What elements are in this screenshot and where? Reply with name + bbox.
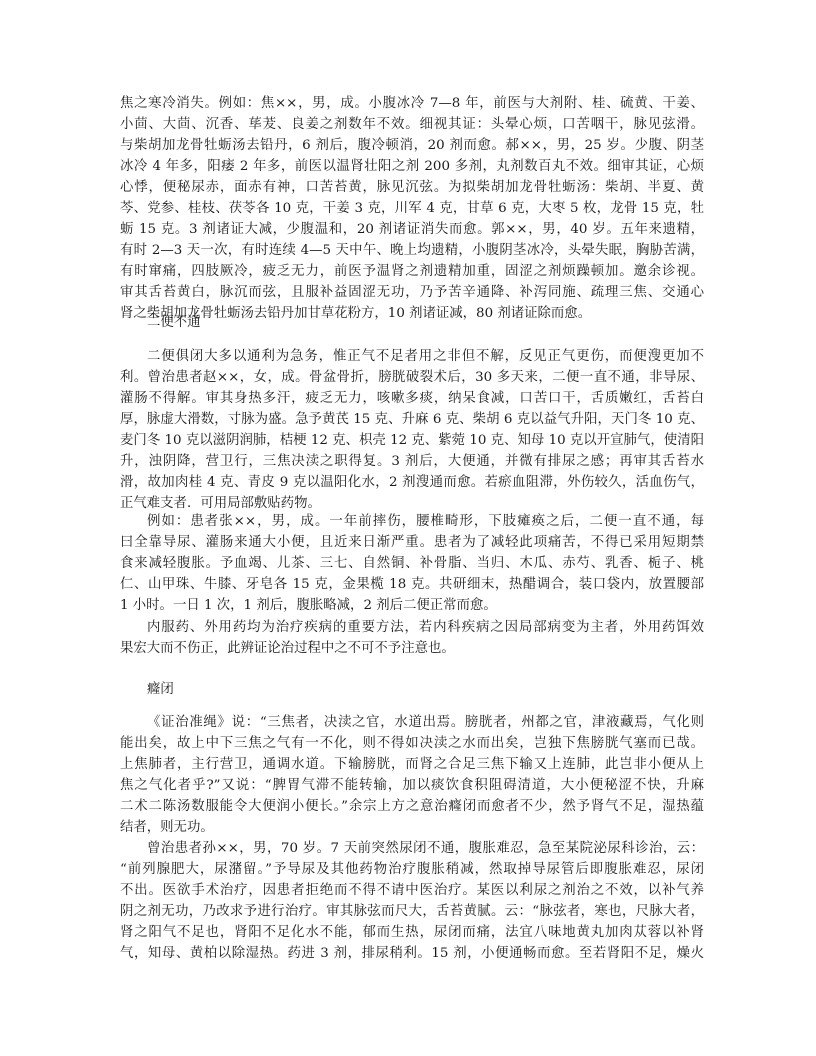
text-line: 肾之柴胡加龙骨牡蛎汤去铅丹加甘草花粉方，10 剂诸证减，80 剂诸证除而愈。: [120, 303, 704, 324]
text-line: 心悸，便秘尿赤，面赤有神，口苦苔黄，脉见沉弦。为拟柴胡加龙骨牡蛎汤：柴胡、半夏、…: [120, 177, 704, 198]
text-line: 能出矣，故上中下三焦之气有一不化，则不得如决渎之水而出矣，岂独下焦膀胱气塞而已哉…: [120, 733, 704, 754]
text-line: 灌肠不得解。审其身热多汗，疲乏无力，咳嗽多痰，纳呆食减，口苦口干，舌质嫩红，舌苔…: [120, 388, 704, 409]
text-line: 利。曾治患者赵××，女，成。骨盆骨折，膀胱破裂术后，30 多天来，二便一直不通，…: [120, 367, 704, 388]
text-line: 审其舌苔黄白，脉沉而弦，且服补益固涩无功，乃予苦辛通降、补泻同施、疏理三焦、交通…: [120, 282, 704, 303]
text-line: 阴之剂无功，乃改求予进行治疗。审其脉弦而尺大，舌苔黄腻。云：“脉弦者，寒也，尺脉…: [120, 901, 704, 922]
text-line: 厚，脉虚大滑数，寸脉为盛。急予黄芪 15 克、升麻 6 克、柴胡 6 克以益气升…: [120, 409, 704, 430]
text-line: 有时窜痛，四肢厥冷，疲乏无力，前医予温肾之剂遗精加重，固涩之剂烦躁顿加。邀余诊视…: [120, 261, 704, 282]
text-line: 冰冷 4 年多，阳痿 2 年多，前医以温肾壮阳之剂 200 多剂，丸剂数百丸不效…: [120, 156, 704, 177]
paragraph-case-zhang: 例如：患者张××，男，成。一年前摔伤，腰椎畸形，下肢瘫痪之后，二便一直不通，每 …: [120, 511, 704, 616]
text-line: 食来减轻腹胀。予血竭、儿茶、三七、自然铜、补骨脂、当归、木瓜、赤芍、乳香、栀子、…: [120, 553, 704, 574]
paragraph-zhengzhi-zhunsheng-quote: 《证治准绳》说：“三焦者，决渎之官，水道出焉。膀胱者，州都之官，津液藏焉，气化则…: [120, 712, 704, 838]
text-line: “前列腺肥大，尿潴留。”予导尿及其他药物治疗腹胀稍减，然取掉导尿管后即腹胀难忍，…: [120, 859, 704, 880]
paragraph-internal-external-medicine: 内服药、外用药均为治疗疾病的重要方法，若内科疾病之因局部病变为主者，外用药饵效 …: [120, 617, 704, 659]
text-line: 麦门冬 10 克以滋阴润肺，桔梗 12 克、枳壳 12 克、紫菀 10 克、知母…: [120, 430, 704, 451]
text-line: 焦之气化者乎?”又说：“脾胃气滞不能转输，加以痰饮食积阻碍清道，大小便秘涩不快，…: [120, 775, 704, 796]
text-line: 二便俱闭大多以通利为急务，惟正气不足者用之非但不解，反见正气更伤，而便溲更加不: [120, 346, 704, 367]
text-line: 升，浊阴降，营卫行，三焦决渎之职得复。3 剂后，大便通，并微有排尿之感；再审其舌…: [120, 451, 704, 472]
text-line: 1 小时。一日 1 次，1 剂后，腹胀略减，2 剂后二便正常而愈。: [120, 595, 704, 616]
text-line: 滑，故加肉桂 4 克、青皮 9 克以温阳化水，2 剂溲通而愈。若瘀血阻滞，外伤较…: [120, 472, 704, 493]
text-line: 肾之阳气不足也，肾阳不足化水不能，郁而生热，尿闭而痛，法宜八味地黄丸加肉苁蓉以补…: [120, 922, 704, 943]
text-line: 芩、党参、桂枝、茯苓各 10 克，干姜 3 克，川军 4 克，甘草 6 克，大枣…: [120, 198, 704, 219]
text-line: 果宏大而不伤正，此辨证论治过程中之不可不予注意也。: [120, 638, 704, 659]
text-line: 与柴胡加龙骨牡蛎汤去铅丹，6 剂后，腹冷顿消，20 剂而愈。郝××，男，25 岁…: [120, 135, 704, 156]
text-line: 《证治准绳》说：“三焦者，决渎之官，水道出焉。膀胱者，州都之官，津液藏焉，气化则: [120, 712, 704, 733]
text-line: 仁、山甲珠、牛膝、牙皂各 15 克，金果榄 18 克。共研细末，热醋调合，装口袋…: [120, 574, 704, 595]
section-heading-constipation-retention: 二便不通: [147, 312, 201, 333]
text-line: 上焦肺者，主行营卫，通调水道。下输膀胱，而肾之合足三焦下输又上连肺，此岂非小便从…: [120, 754, 704, 775]
section-heading-urinary-retention: 癃闭: [147, 679, 174, 700]
paragraph-case-examples: 焦之寒冷消失。例如：焦××，男，成。小腹冰冷 7—8 年，前医与大剂附、桂、硫黄…: [120, 93, 704, 324]
text-line: 二术二陈汤数服能令大便润小便长。”余宗上方之意治癃闭而愈者不少，然予肾气不足，湿…: [120, 796, 704, 817]
text-line: 不出。医欲手术治疗，因患者拒绝而不得不请中医治疗。某医以利尿之剂治之不效，以补气…: [120, 880, 704, 901]
text-line: 内服药、外用药均为治疗疾病的重要方法，若内科疾病之因局部病变为主者，外用药饵效: [120, 617, 704, 638]
paragraph-bowel-urine-obstruction: 二便俱闭大多以通利为急务，惟正气不足者用之非但不解，反见正气更伤，而便溲更加不 …: [120, 346, 704, 514]
text-line: 例如：患者张××，男，成。一年前摔伤，腰椎畸形，下肢瘫痪之后，二便一直不通，每: [120, 511, 704, 532]
text-line: 气，知母、黄柏以除湿热。药进 3 剂，排尿稍利。15 剂，小便通畅而愈。至若肾阳…: [120, 943, 704, 964]
text-line: 有时 2—3 天一次，有时连续 4—5 天中午、晚上均遗精，小腹阴茎冰冷，头晕失…: [120, 240, 704, 261]
paragraph-case-sun: 曾治患者孙××，男，70 岁。7 天前突然尿闭不通，腹胀难忍，急至某院泌尿科诊治…: [120, 838, 704, 964]
text-line: 蛎 15 克。3 剂诸证大减，少腹温和，20 剂诸证消失而愈。郭××，男，40 …: [120, 219, 704, 240]
text-line: 曾治患者孙××，男，70 岁。7 天前突然尿闭不通，腹胀难忍，急至某院泌尿科诊治…: [120, 838, 704, 859]
text-line: 结者，则无功。: [120, 817, 704, 838]
document-page: 焦之寒冷消失。例如：焦××，男，成。小腹冰冷 7—8 年，前医与大剂附、桂、硫黄…: [0, 0, 816, 1056]
text-line: 焦之寒冷消失。例如：焦××，男，成。小腹冰冷 7—8 年，前医与大剂附、桂、硫黄…: [120, 93, 704, 114]
text-line: 小茴、大茴、沉香、荜茇、良姜之剂数年不效。细视其证：头晕心烦，口苦咽干，脉见弦滑…: [120, 114, 704, 135]
text-line: 曰全靠导尿、灌肠来通大小便，且近来日渐严重。患者为了减轻此项痛苦，不得已采用短期…: [120, 532, 704, 553]
